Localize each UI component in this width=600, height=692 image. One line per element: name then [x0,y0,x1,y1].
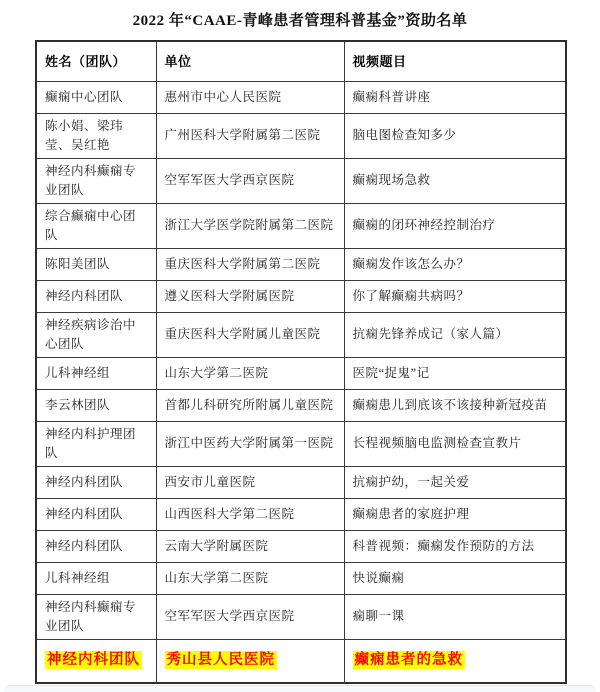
cell-organization: 空军军医大学西京医院 [156,594,344,639]
table-header-row: 姓名（团队） 单位 视频题目 [36,41,566,81]
table-row: 陈阳美团队重庆医科大学附属第二医院癫痫发作该怎么办？ [36,248,566,280]
cell-name-team: 综合癫痫中心团队 [36,203,156,248]
cell-video-title: 长程视频脑电监测检查宣教片 [344,421,566,466]
cell-organization: 空军军医大学西京医院 [156,158,344,203]
cell-organization: 浙江中医药大学附属第一医院 [156,421,344,466]
cell-organization: 惠州市中心人民医院 [156,81,344,113]
cell-video-title: 癫痫现场急救 [344,158,566,203]
cell-video-title: 抗痫护幼，一起关爱 [344,466,566,498]
cell-organization: 西安市儿童医院 [156,466,344,498]
cell-organization: 首都儿科研究所附属儿童医院 [156,389,344,421]
table-row: 神经疾病诊治中心团队重庆医科大学附属儿童医院抗痫先锋养成记（家人篇） [36,312,566,357]
table-row: 李云林团队首都儿科研究所附属儿童医院癫痫患儿到底该不该接种新冠疫苗 [36,389,566,421]
table-row: 神经内科癫痫专业团队空军军医大学西京医院癫痫现场急救 [36,158,566,203]
header-name-team: 姓名（团队） [36,41,156,81]
cell-video-title: 快说癫痫 [344,562,566,594]
cell-video-title: 脑电图检查知多少 [344,113,566,158]
cell-name-team: 神经内科癫痫专业团队 [36,158,156,203]
cell-organization: 山东大学第二医院 [156,357,344,389]
cell-name-team: 陈阳美团队 [36,248,156,280]
cell-organization: 云南大学附属医院 [156,530,344,562]
table-row: 神经内科癫痫专业团队空军军医大学西京医院痫聊一课 [36,594,566,639]
cell-video-title: 科普视频：癫痫发作预防的方法 [344,530,566,562]
cell-name-team: 陈小娟、梁玮莹、吴红艳 [36,113,156,158]
fund-table: 姓名（团队） 单位 视频题目 癫痫中心团队惠州市中心人民医院癫痫科普讲座陈小娟、… [35,40,567,684]
cell-name-team: 神经内科团队 [36,280,156,312]
cell-name-team-highlighted: 神经内科团队 [45,651,142,669]
cell-organization: 浙江大学医学院附属第二医院 [156,203,344,248]
cell-organization-highlighted: 秀山县人民医院 [165,651,278,669]
cell-video-title: 你了解癫痫共病吗？ [344,280,566,312]
cell-organization: 山东大学第二医院 [156,562,344,594]
cell-organization: 广州医科大学附属第二医院 [156,113,344,158]
table-row: 神经内科团队秀山县人民医院癫痫患者的急救 [36,639,566,683]
cell-video-title: 癫痫患者的急救 [344,639,566,683]
table-row: 神经内科团队遵义医科大学附属医院你了解癫痫共病吗？ [36,280,566,312]
cell-name-team: 神经内科癫痫专业团队 [36,594,156,639]
cell-video-title: 癫痫患儿到底该不该接种新冠疫苗 [344,389,566,421]
table-row: 儿科神经组山东大学第二医院快说癫痫 [36,562,566,594]
cell-video-title: 痫聊一课 [344,594,566,639]
header-organization: 单位 [156,41,344,81]
cell-name-team: 神经疾病诊治中心团队 [36,312,156,357]
table-row: 神经内科团队云南大学附属医院科普视频：癫痫发作预防的方法 [36,530,566,562]
table-row: 综合癫痫中心团队浙江大学医学院附属第二医院癫痫的闭环神经控制治疗 [36,203,566,248]
cell-video-title-highlighted: 癫痫患者的急救 [353,651,466,669]
table-row: 神经内科护理团队浙江中医药大学附属第一医院长程视频脑电监测检查宣教片 [36,421,566,466]
bottom-card-edge [4,685,596,692]
table-row: 陈小娟、梁玮莹、吴红艳广州医科大学附属第二医院脑电图检查知多少 [36,113,566,158]
cell-name-team: 神经内科团队 [36,639,156,683]
table-body: 癫痫中心团队惠州市中心人民医院癫痫科普讲座陈小娟、梁玮莹、吴红艳广州医科大学附属… [36,81,566,683]
table-row: 神经内科团队西安市儿童医院抗痫护幼，一起关爱 [36,466,566,498]
cell-organization: 重庆医科大学附属儿童医院 [156,312,344,357]
cell-name-team: 李云林团队 [36,389,156,421]
cell-name-team: 神经内科护理团队 [36,421,156,466]
page-title: 2022 年“CAAE-青峰患者管理科普基金”资助名单 [0,0,600,30]
cell-video-title: 医院“捉鬼”记 [344,357,566,389]
cell-name-team: 神经内科团队 [36,530,156,562]
cell-organization: 秀山县人民医院 [156,639,344,683]
cell-name-team: 癫痫中心团队 [36,81,156,113]
cell-video-title: 癫痫的闭环神经控制治疗 [344,203,566,248]
cell-name-team: 神经内科团队 [36,498,156,530]
cell-organization: 遵义医科大学附属医院 [156,280,344,312]
cell-organization: 山西医科大学第二医院 [156,498,344,530]
cell-video-title: 癫痫发作该怎么办？ [344,248,566,280]
header-video-title: 视频题目 [344,41,566,81]
table-row: 儿科神经组山东大学第二医院医院“捉鬼”记 [36,357,566,389]
cell-name-team: 神经内科团队 [36,466,156,498]
cell-video-title: 癫痫患者的家庭护理 [344,498,566,530]
cell-name-team: 儿科神经组 [36,562,156,594]
table-row: 癫痫中心团队惠州市中心人民医院癫痫科普讲座 [36,81,566,113]
table-row: 神经内科团队山西医科大学第二医院癫痫患者的家庭护理 [36,498,566,530]
cell-name-team: 儿科神经组 [36,357,156,389]
cell-video-title: 癫痫科普讲座 [344,81,566,113]
cell-organization: 重庆医科大学附属第二医院 [156,248,344,280]
cell-video-title: 抗痫先锋养成记（家人篇） [344,312,566,357]
